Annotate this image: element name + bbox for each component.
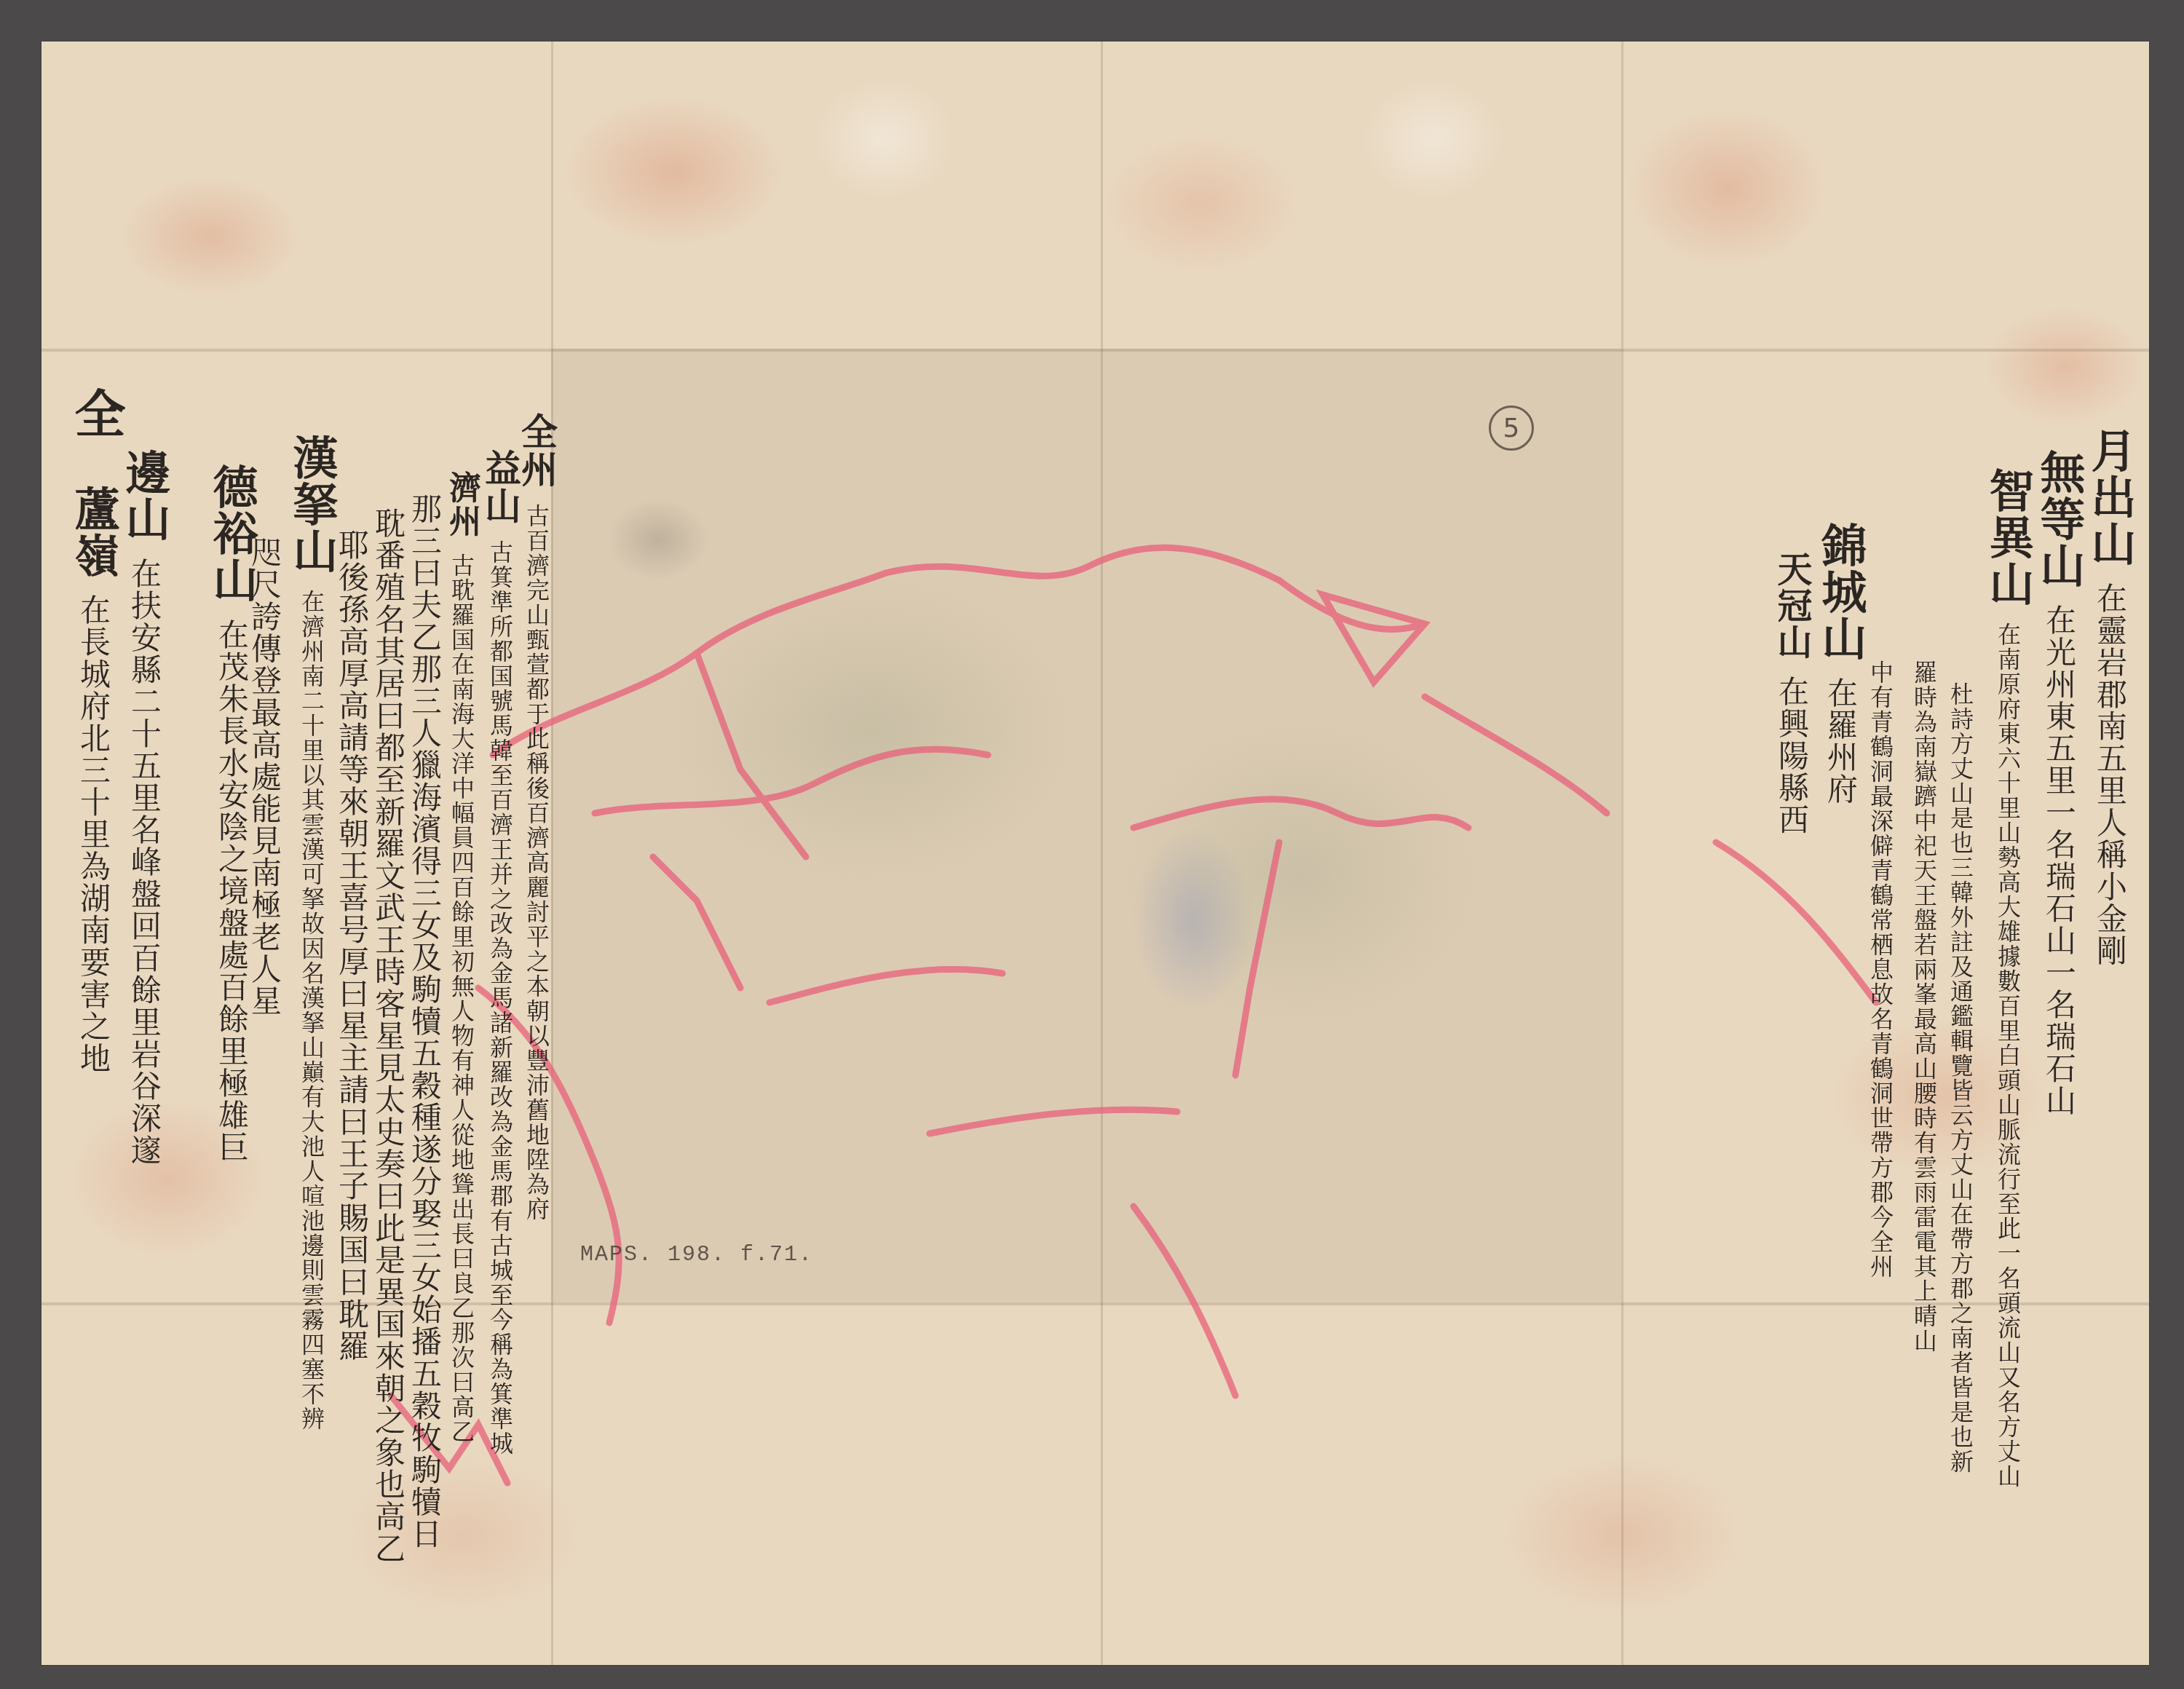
library-shelfmark: MAPS. 198. f.71. (580, 1243, 813, 1267)
right-column-geumseongsan: 錦城山 在羅州府 (1818, 522, 1863, 805)
fold-line-vertical-3 (1621, 41, 1623, 1665)
column-text: 在興陽縣西 (1774, 676, 1810, 836)
right-column-text: 中有青鶴洞最深僻青鶴常栖息故名青鶴洞世帶方郡今全州 (1869, 660, 1892, 1279)
left-column-iksan: 益山 古箕準所都国號馬韓至百濟王并之改為金馬諸新羅改為金馬郡有古城至今稱為箕準城 (482, 449, 518, 1456)
column-text: 在茂朱長水安陰之境盤處百餘里極雄巨 (214, 619, 250, 1163)
column-heading: 月出山 (2084, 427, 2137, 567)
column-text: 古百濟完山甄萱都于此稱後百濟高麗討平之本朝以豐沛舊地陞為府 (523, 504, 550, 1222)
column-text: 在羅州府 (1823, 677, 1859, 805)
left-column-text: 咫尺誇傳登最高處能見南極老人星 (249, 537, 280, 1017)
column-heading: 漢拏山 (285, 435, 339, 574)
column-text: 在南原府東六十里山勢高大雄據數百里白頭山脈流行至此一名頭流山又名方丈山 (1994, 622, 2022, 1489)
left-column-byeonsan: 邊山 在扶安縣二十五里名峰盤回百餘里岩谷深邃 (122, 449, 167, 1166)
column-heading: 蘆嶺 (67, 486, 120, 579)
circled-sheet-number: 5 (1489, 406, 1534, 451)
left-column-jeonju: 全州 古百濟完山甄萱都于此稱後百濟高麗討平之本朝以豐沛舊地陞為府 (518, 413, 555, 1222)
left-column-jeju: 濟州 古耽羅国在南海大洋中幅員四百餘里初無人物有神人從地聳出長曰良乙那次曰高乙 (446, 471, 478, 1444)
right-column-mudeungsan: 無等山 在光州東五里一名瑞石山一名瑞石山 (2036, 449, 2081, 1117)
right-column-cheongwansan: 天冠山 在興陽縣西 (1774, 551, 1809, 836)
column-heading: 智異山 (1982, 467, 2035, 607)
column-heading: 錦城山 (1814, 522, 1867, 662)
right-column-text: 羅時為南嶽躋中祀天王盤若兩峯最高山腰時有雲雨雷電其上晴山 (1912, 660, 1936, 1353)
column-heading: 邊山 (118, 449, 171, 542)
map-center-panel (551, 349, 1621, 1302)
left-column-text: 耶後孫高厚高請等來朝王喜号厚曰星主請曰王子賜国曰耽羅 (336, 529, 367, 1362)
left-column-text: 那三曰夫乙那三人獵海濱得三女及駒犢五穀種遂分娶三女始播五穀牧駒犢日 (409, 493, 440, 1550)
manuscript-sheet: 全 邊山 在扶安縣二十五里名峰盤回百餘里岩谷深邃 蘆嶺 在長城府北三十里為湖南要… (41, 41, 2149, 1665)
column-text: 古箕準所都国號馬韓至百濟王并之改為金馬諸新羅改為金馬郡有古城至今稱為箕準城 (486, 540, 514, 1456)
right-column-jirisan: 智異山 在南原府東六十里山勢高大雄據數百里白頭山脈流行至此一名頭流山又名方丈山 (1985, 467, 2030, 1489)
right-column-text: 杜詩方丈山是也三韓外註及通鑑輯覽皆云方丈山在帶方郡之南者皆是也新 (1949, 682, 1972, 1474)
column-text: 在濟州南二十里以其雲漢可拏故因名漢拏山巔有大池人喧池邊則雲霧四塞不辨 (298, 590, 325, 1431)
column-heading: 濟州 (443, 471, 480, 538)
left-column-hallasan: 漢拏山 在濟州南二十里以其雲漢可拏故因名漢拏山巔有大池人喧池邊則雲霧四塞不辨 (289, 435, 334, 1431)
column-heading: 全州 (515, 413, 558, 488)
column-text: 在靈岩郡南五里人稱小金剛 (2092, 582, 2128, 967)
column-text: 在長城府北三十里為湖南要害之地 (76, 594, 111, 1075)
left-column-noryeong: 蘆嶺 在長城府北三十里為湖南要害之地 (71, 486, 116, 1075)
fold-line-horizontal-1 (41, 349, 2149, 352)
column-text: 在光州東五里一名瑞石山一名瑞石山 (2041, 604, 2077, 1117)
left-column-text: 耽番殖名其居曰都至新羅文武王時客星見太史奏曰此是異国來朝之象也高乙 (373, 507, 403, 1565)
fold-line-vertical-2 (1101, 41, 1103, 1665)
column-heading: 無等山 (2033, 449, 2086, 589)
right-column-wolchulsan: 月出山 在靈岩郡南五里人稱小金剛 (2087, 427, 2132, 967)
column-text: 在扶安縣二十五里名峰盤回百餘里岩谷深邃 (127, 558, 162, 1166)
column-text: 古耽羅国在南海大洋中幅員四百餘里初無人物有神人從地聳出長曰良乙那次曰高乙 (448, 553, 475, 1444)
column-heading: 天冠山 (1771, 551, 1812, 660)
left-title-char: 全 (71, 387, 122, 440)
